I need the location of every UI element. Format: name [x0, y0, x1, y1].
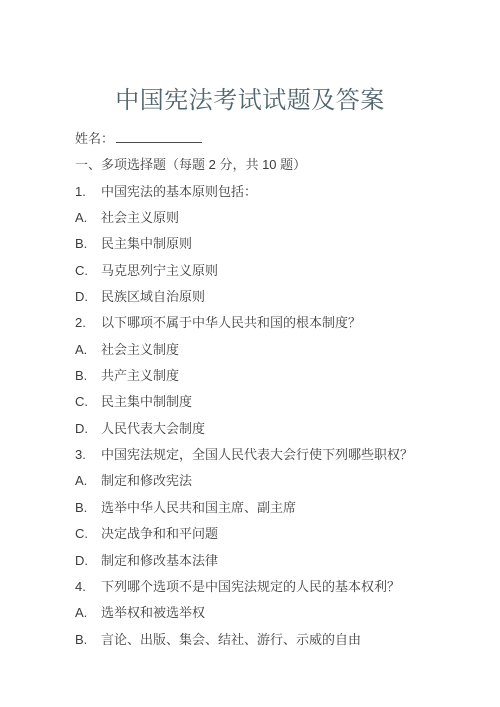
option-line: D.民族区域自治原则: [75, 284, 470, 310]
option-line-text: 共产主义制度: [101, 368, 179, 383]
option-line: D.制定和修改基本法律: [75, 548, 470, 574]
option-line: D.人民代表大会制度: [75, 416, 470, 442]
option-line-label: B.: [75, 231, 101, 257]
question-line-label: 4.: [75, 574, 101, 600]
option-line-label: B.: [75, 495, 101, 521]
option-line-text: 言论、出版、集会、结社、游行、示威的自由: [101, 632, 361, 647]
option-line-text: 民族区域自治原则: [101, 289, 205, 304]
document-page: 中国宪法考试试题及答案 姓名： 一、多项选择题（每题 2 分，共 10 题） 1…: [0, 0, 500, 707]
option-line-text: 人民代表大会制度: [101, 421, 205, 436]
option-line: C.马克思列宁主义原则: [75, 258, 470, 284]
option-line-label: A.: [75, 205, 101, 231]
name-label: 姓名：: [75, 131, 114, 146]
option-line-label: C.: [75, 521, 101, 547]
option-line-label: D.: [75, 548, 101, 574]
question-line-text: 以下哪项不属于中华人民共和国的根本制度？: [101, 315, 361, 330]
option-line-text: 社会主义制度: [101, 342, 179, 357]
option-line: A.社会主义制度: [75, 337, 470, 363]
questions: 1.中国宪法的基本原则包括：A.社会主义原则B.民主集中制原则C.马克思列宁主义…: [75, 179, 470, 653]
question-line-label: 1.: [75, 179, 101, 205]
document-title: 中国宪法考试试题及答案: [0, 80, 500, 115]
option-line-label: C.: [75, 389, 101, 415]
option-line: A.社会主义原则: [75, 205, 470, 231]
option-line: A.制定和修改宪法: [75, 468, 470, 494]
option-line: B.共产主义制度: [75, 363, 470, 389]
option-line-text: 选举权和被选举权: [101, 605, 205, 620]
option-line-text: 民主集中制原则: [101, 236, 192, 251]
option-line-label: D.: [75, 284, 101, 310]
option-line: B.选举中华人民共和国主席、副主席: [75, 495, 470, 521]
option-line-text: 马克思列宁主义原则: [101, 263, 218, 278]
option-line-label: A.: [75, 337, 101, 363]
question-line-label: 2.: [75, 310, 101, 336]
option-line: C.民主集中制制度: [75, 389, 470, 415]
question-line-text: 下列哪个选项不是中国宪法规定的人民的基本权利？: [101, 579, 400, 594]
question-line: 1.中国宪法的基本原则包括：: [75, 179, 470, 205]
option-line-label: C.: [75, 258, 101, 284]
question-line-text: 中国宪法的基本原则包括：: [101, 184, 257, 199]
question-line-text: 中国宪法规定，全国人民代表大会行使下列哪些职权？: [101, 447, 413, 462]
section-header: 一、多项选择题（每题 2 分，共 10 题）: [75, 152, 470, 178]
option-line-label: A.: [75, 468, 101, 494]
option-line: B.民主集中制原则: [75, 231, 470, 257]
option-line-text: 民主集中制制度: [101, 394, 192, 409]
question-line: 3.中国宪法规定，全国人民代表大会行使下列哪些职权？: [75, 442, 470, 468]
option-line-label: B.: [75, 363, 101, 389]
option-line-text: 决定战争和和平问题: [101, 526, 218, 541]
option-line: B.言论、出版、集会、结社、游行、示威的自由: [75, 627, 470, 653]
question-line: 2.以下哪项不属于中华人民共和国的根本制度？: [75, 310, 470, 336]
question-line-label: 3.: [75, 442, 101, 468]
document-body: 姓名： 一、多项选择题（每题 2 分，共 10 题） 1.中国宪法的基本原则包括…: [75, 126, 470, 653]
name-line: 姓名：: [75, 126, 470, 152]
option-line-label: B.: [75, 627, 101, 653]
option-line-text: 制定和修改宪法: [101, 473, 192, 488]
option-line-text: 选举中华人民共和国主席、副主席: [101, 500, 296, 515]
option-line-label: D.: [75, 416, 101, 442]
option-line: A.选举权和被选举权: [75, 600, 470, 626]
option-line-text: 制定和修改基本法律: [101, 553, 218, 568]
question-line: 4.下列哪个选项不是中国宪法规定的人民的基本权利？: [75, 574, 470, 600]
option-line-label: A.: [75, 600, 101, 626]
name-blank-line: [116, 130, 202, 143]
option-line: C.决定战争和和平问题: [75, 521, 470, 547]
option-line-text: 社会主义原则: [101, 210, 179, 225]
